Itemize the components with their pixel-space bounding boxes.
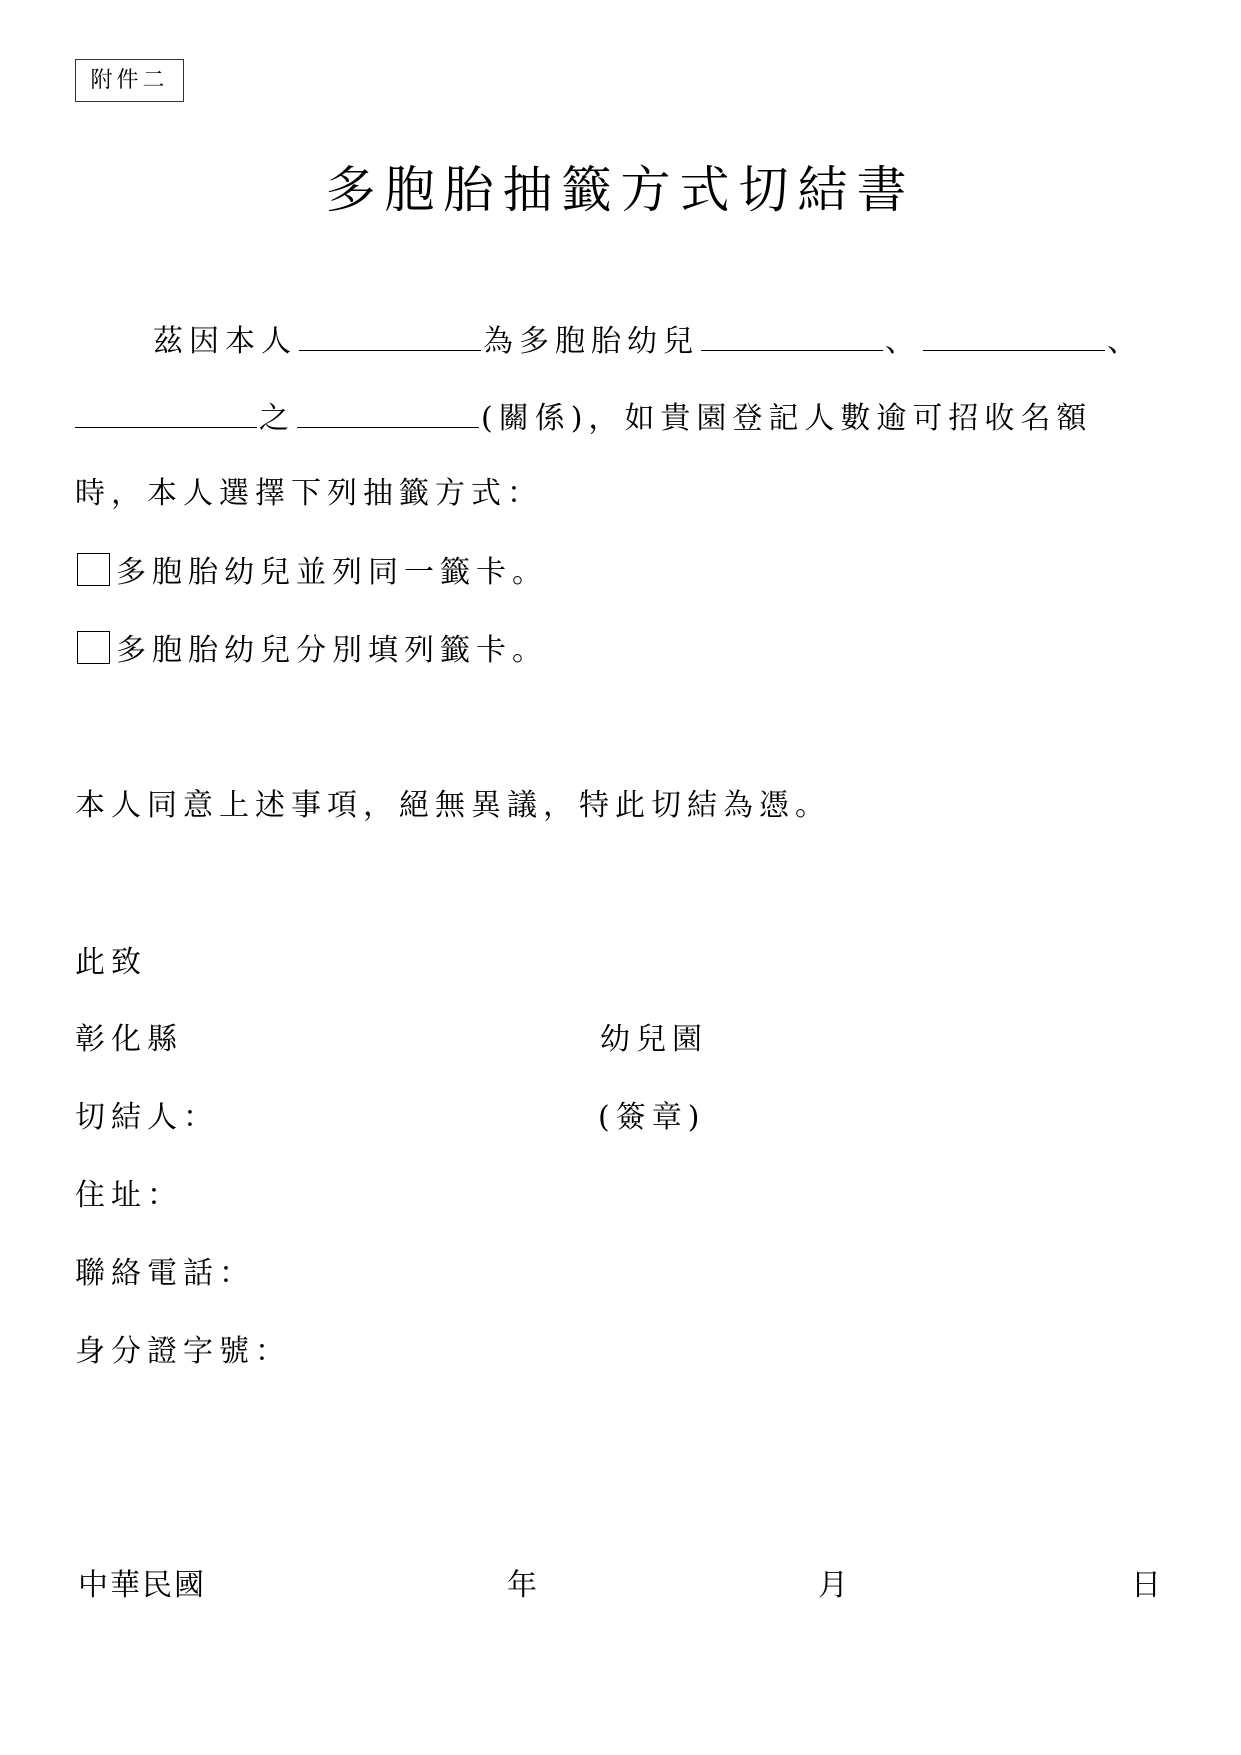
intro-text: 茲因本人: [153, 324, 297, 359]
paragraph-line-1: 茲因本人為多胞胎幼兒、、: [153, 318, 1143, 362]
multiple-birth-text: 為多胞胎幼兒: [483, 324, 699, 359]
option-separate-cards-checkbox[interactable]: [77, 631, 110, 664]
county-label: 彰化縣: [75, 1020, 183, 1060]
address-label: 住址：: [75, 1176, 183, 1216]
option-same-card[interactable]: 多胞胎幼兒並列同一籤卡。: [77, 553, 548, 593]
paragraph-line-3: 時，本人選擇下列抽籤方式：: [75, 474, 543, 514]
date-year: 年: [507, 1566, 537, 1606]
option-same-card-checkbox[interactable]: [77, 553, 110, 586]
child-name-field-2[interactable]: [923, 318, 1105, 351]
salutation: 此致: [75, 943, 147, 983]
declarant-name-field[interactable]: [299, 318, 481, 351]
seal-label: (簽章): [598, 1098, 705, 1138]
document-title: 多胞胎抽籤方式切結書: [0, 158, 1241, 222]
paragraph-line-2: 之(關係)，如貴園登記人數逾可招收名額: [75, 395, 1092, 439]
separator: 、: [885, 324, 921, 359]
option-separate-cards-label: 多胞胎幼兒分別填列籤卡。: [116, 633, 548, 668]
phone-label: 聯絡電話：: [75, 1254, 255, 1294]
child-name-field-3[interactable]: [75, 395, 257, 428]
signer-label: 切結人：: [75, 1098, 219, 1138]
option-separate-cards[interactable]: 多胞胎幼兒分別填列籤卡。: [77, 631, 548, 671]
option-same-card-label: 多胞胎幼兒並列同一籤卡。: [116, 555, 548, 590]
attachment-label: 附件二: [75, 59, 184, 102]
agreement-statement: 本人同意上述事項，絕無異議，特此切結為憑。: [75, 786, 831, 826]
date-era: 中華民國: [78, 1566, 206, 1606]
relationship-field[interactable]: [297, 395, 479, 428]
relationship-suffix-text: (關係)，如貴園登記人數逾可招收名額: [481, 401, 1092, 436]
date-day: 日: [1131, 1566, 1161, 1606]
child-name-field-1[interactable]: [701, 318, 883, 351]
of-text: 之: [259, 401, 295, 436]
separator: 、: [1107, 324, 1143, 359]
id-number-label: 身分證字號：: [75, 1332, 291, 1372]
date-month: 月: [818, 1566, 848, 1606]
kindergarten-label: 幼兒園: [600, 1020, 708, 1060]
